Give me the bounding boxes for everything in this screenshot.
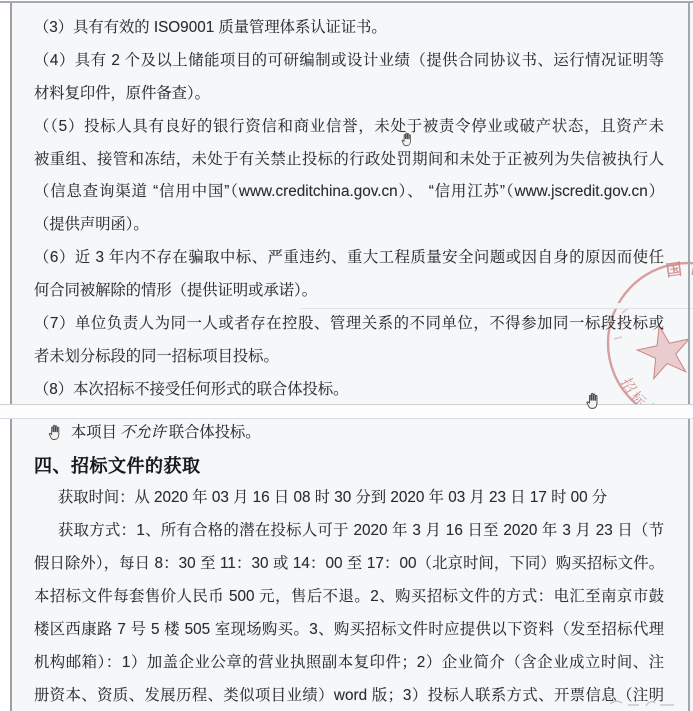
document-line: 本招标文件每套售价人民币 500 元，售后不退。2、购买招标文件的方式：电汇至南… <box>34 581 664 614</box>
document-line: 被重组、接管和冻结，未处于有关禁止投标的行政处罚期间和未处于正被列为失信被执行人 <box>34 144 664 177</box>
document-line: （7）单位负责人为同一人或者存在控股、管理关系的不同单位，不得参加同一标段投标或 <box>34 308 664 341</box>
document-line: （信息查询渠道 “信用中国”（www.creditchina.gov.cn）、 … <box>34 176 664 209</box>
note-suffix: 联合体投标。 <box>169 424 261 441</box>
document-line: 机构邮箱）：1）加盖企业公章的营业执照副本复印件；2）企业简介（含企业成立时间、… <box>34 647 664 680</box>
document-line: 册资本、资质、发展历程、类似项目业绩）word 版；3）投标人联系方式、开票信息… <box>34 680 664 711</box>
document-line: 获取方式：1、所有合格的潜在投标人可于 2020 年 3 月 16 日至 202… <box>34 515 664 548</box>
document-line: 楼区西康路 7 号 5 楼 505 室现场购买。3、购买招标文件时应提供以下资料… <box>34 614 664 647</box>
page-edge-top <box>0 1 693 3</box>
document-line: 获取时间：从 2020 年 03 月 16 日 08 时 30 分到 2020 … <box>34 482 664 515</box>
document-line: 何合同被解除的情形（提供证明或承诺）。 <box>34 275 664 308</box>
note-emphasis: 不允许 <box>120 424 166 441</box>
page-edge-left <box>10 3 12 711</box>
page-seam-gap <box>34 407 664 417</box>
document-line: （3）具有有效的 ISO9001 质量管理体系认证证书。 <box>34 12 664 45</box>
document-line: 假日除外），每日 8：30 至 11：30 或 14：00 至 17：00（北京… <box>34 548 664 581</box>
document-line: （提供声明函）。 <box>34 209 664 242</box>
note-prefix: 本项目 <box>71 424 117 441</box>
document-line: （8）本次招标不接受任何形式的联合体投标。 <box>34 374 664 407</box>
no-consortium-note: 本项目不允许联合体投标。 <box>34 417 664 450</box>
document-line: （6）近 3 年内不存在骗取中标、严重违约、重大工程质量安全问题或因自身的原因而… <box>34 242 664 275</box>
scanned-document-page: { "colors": { "paper": "#f6f7f9", "ink":… <box>0 0 693 711</box>
hand-bullet-icon <box>48 423 63 441</box>
scan-artifact <box>608 695 680 711</box>
page-edge-right <box>688 3 690 711</box>
document-line: （（5）投标人具有良好的银行资信和商业信誉，未处于被责令停业或破产状态，且资产未 <box>34 111 664 144</box>
hand-cursor-icon[interactable] <box>586 391 601 410</box>
document-line: （4）具有 2 个及以上储能项目的可研编制或设计业绩（提供合同协议书、运行情况证… <box>34 45 664 78</box>
document-line: 材料复印件，原件备查）。 <box>34 78 664 111</box>
document-line: 者未划分标段的同一招标项目投标。 <box>34 341 664 374</box>
section-heading: 四、招标文件的获取 <box>34 450 664 483</box>
hand-cursor-icon[interactable] <box>401 131 414 147</box>
document-text: （3）具有有效的 ISO9001 质量管理体系认证证书。（4）具有 2 个及以上… <box>34 12 664 711</box>
